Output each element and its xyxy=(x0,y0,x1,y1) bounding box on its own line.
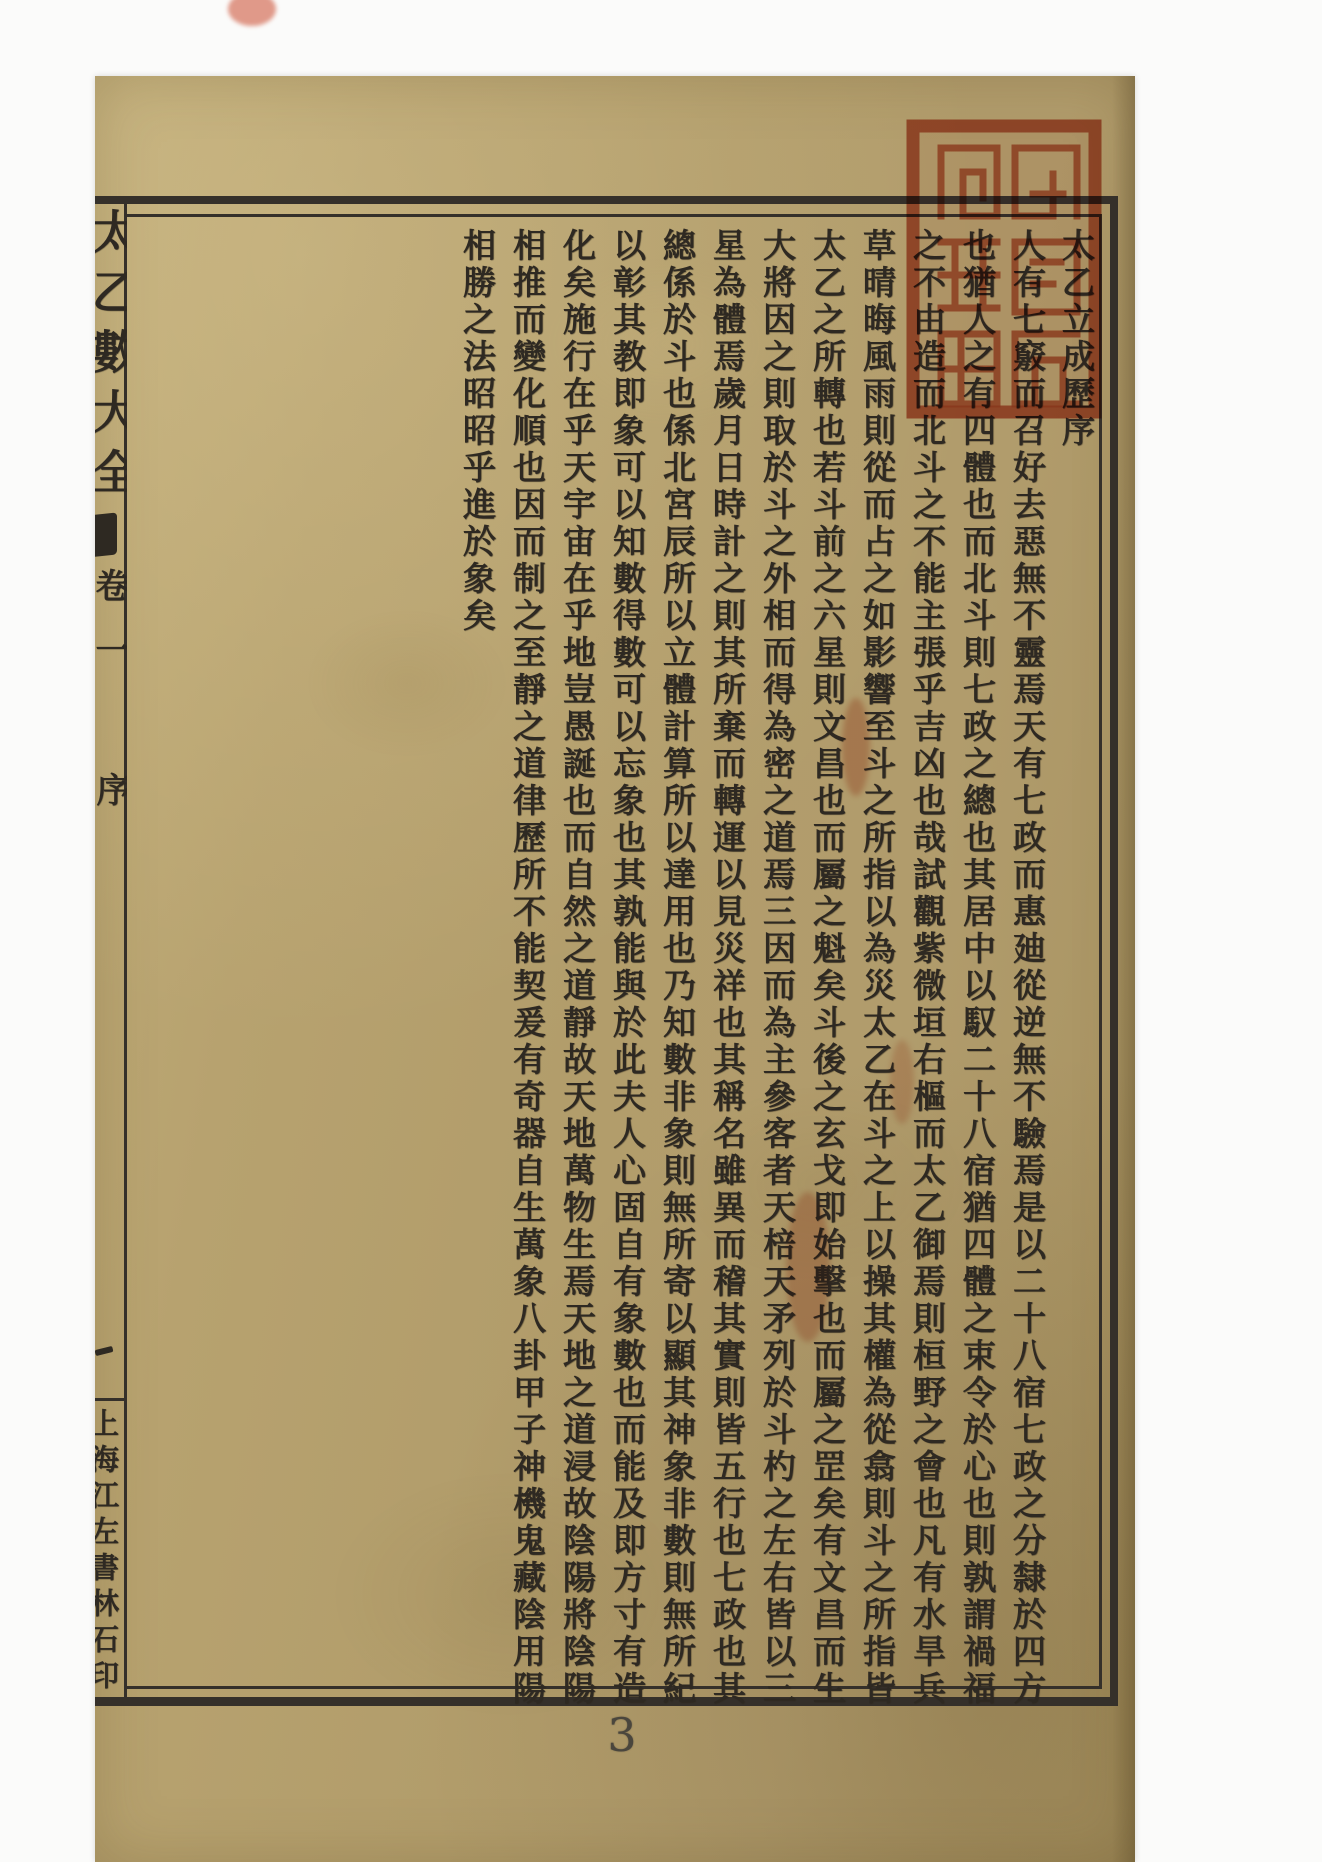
text-column: 草晴晦風雨則從而占之如影響至斗之所指以為災太乙在斗之上以操其權為從翕則斗之所指皆 xyxy=(852,228,902,1708)
section-title-column: 太乙立成歷序 xyxy=(1052,228,1100,1708)
spine-tick-mark xyxy=(95,1346,113,1356)
red-smudge-top-edge xyxy=(228,0,276,26)
text-column: 總係於斗也係北宮辰所以立體計算所以達用也乃知數非象則無所寄以顯其神象非數則無所紀 xyxy=(652,228,702,1708)
red-smudge xyxy=(890,1040,914,1124)
spine-volume-label: 卷一 xyxy=(95,568,127,696)
text-column: 大將因之則取於斗之外相而得為密之道焉三因而為主參客者天棓天矛列於斗杓之左右皆以三 xyxy=(752,228,802,1708)
page-number: 3 xyxy=(598,1708,646,1762)
scanned-book-page: 太乙立成歷序 人有七竅而召好去惡無不靈焉天有七政而惠廸從逆無不驗焉是以二十八宿七… xyxy=(0,0,1322,1862)
spine-book-title: 太乙數大全 xyxy=(95,208,127,508)
spine-section-label: 序 xyxy=(95,772,127,806)
spine-divider-line xyxy=(95,1398,125,1401)
text-column: 以彰其教即象可以知數得數可以忘象也其孰能與於此夫人心固自有象數也而能及即方寸有造 xyxy=(602,228,652,1708)
fishtail-ink-mark xyxy=(95,512,117,557)
frame-border-right-outer xyxy=(1110,196,1118,1706)
red-smudge xyxy=(786,1192,830,1342)
seal-graphic xyxy=(903,116,1105,422)
text-column: 相勝之法昭昭乎進於象矣 xyxy=(452,228,502,1708)
red-seal xyxy=(903,116,1105,422)
spine-column: 太乙數大全 卷一 序 上海江左書林石印 xyxy=(95,0,127,1862)
text-column: 化矣施行在乎天宇宙在乎地豈愚誕也而自然之道靜故天地萬物生焉天地之道浸故陰陽將陰陽 xyxy=(552,228,602,1708)
text-column: 人有七竅而召好去惡無不靈焉天有七政而惠廸從逆無不驗焉是以二十八宿七政之分隸於四方 xyxy=(1002,228,1052,1708)
text-column: 也猶人之有四體也而北斗則七政之總也其居中以馭二十八宿猶四體之束令於心也則孰謂禍福 xyxy=(952,228,1002,1708)
text-column: 相推而變化順也因而制之至靜之道律歷所不能契爰有奇器自生萬象八卦甲子神機鬼藏陰用陽 xyxy=(502,228,552,1708)
text-column: 太乙之所轉也若斗前之六星則文昌也而屬之魁矣斗後之玄戈即始擊也而屬之罡矣有文昌而生 xyxy=(802,228,852,1708)
text-column: 星為體焉歲月日時計之則其所棄而轉運以見災祥也其稱名雖異而稽其實則皆五行也七政也其 xyxy=(702,228,752,1708)
text-block: 太乙立成歷序 人有七竅而召好去惡無不靈焉天有七政而惠廸從逆無不驗焉是以二十八宿七… xyxy=(130,228,1100,1708)
red-smudge xyxy=(842,698,870,796)
spine-publisher: 上海江左書林石印 xyxy=(95,1408,124,1696)
text-column: 之不由造而北斗之不能主張乎吉凶也哉試觀紫微垣右樞而太乙御焉則桓野之會也凡有水旱兵 xyxy=(902,228,952,1708)
